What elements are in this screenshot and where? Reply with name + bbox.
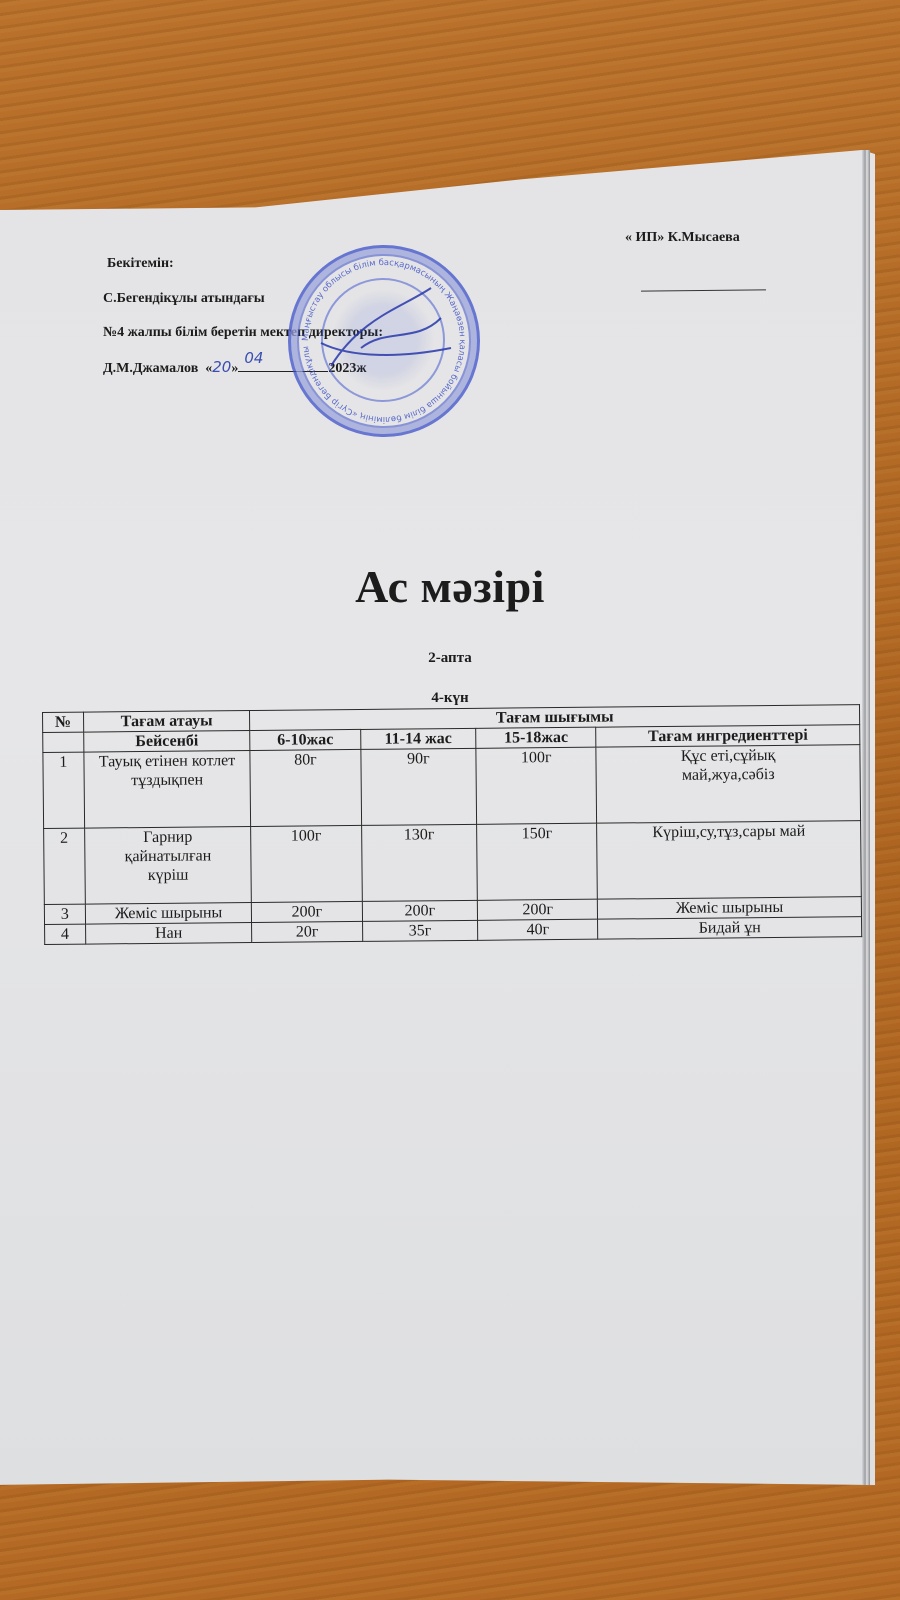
menu-table-wrap: № Тағам атауы Тағам шығымы Бейсенбі 6-10… — [42, 704, 864, 945]
row-age1: 20г — [252, 921, 362, 942]
row-age3: 150г — [477, 823, 598, 900]
row-no: 4 — [45, 924, 86, 944]
director-name: Д.М.Джамалов — [103, 361, 198, 376]
row-age2: 130г — [361, 824, 478, 901]
row-age3: 40г — [478, 919, 598, 940]
header-name: Тағам атауы — [83, 711, 250, 733]
row-name: Гарнир қайнатылған күріш — [84, 826, 251, 904]
row-age2: 200г — [362, 900, 478, 921]
date-month: 04 — [244, 349, 263, 367]
header-age-15-18: 15-18жас — [476, 727, 596, 748]
row-no: 2 — [44, 828, 85, 904]
week-label: 2-апта — [0, 650, 900, 667]
row-name: Тауық етінен котлет тұздықпен — [84, 751, 251, 829]
header-no: № — [43, 712, 84, 732]
header-empty — [43, 732, 84, 752]
official-stamp: Маңғыстау облысы білім басқармасының Жаң… — [288, 245, 480, 437]
row-no: 3 — [44, 904, 85, 924]
row-name: Нан — [85, 922, 252, 944]
row-age2: 35г — [362, 920, 478, 941]
approval-label: Бекітемін: — [107, 256, 174, 272]
row-age2: 90г — [360, 748, 477, 825]
header-age-6-10: 6-10жас — [250, 729, 360, 750]
row-no: 1 — [43, 752, 84, 828]
header-age-11-14: 11-14 жас — [360, 728, 476, 749]
svg-text:Маңғыстау облысы білім басқарм: Маңғыстау облысы білім басқармасының Жаң… — [291, 248, 467, 424]
table-row: 2 Гарнир қайнатылған күріш 100г 130г 150… — [44, 821, 862, 905]
date-day: 20 — [212, 358, 231, 376]
header-weekday: Бейсенбі — [83, 731, 250, 753]
row-ingredients: Құс еті,сұйық май,жуа,сәбіз — [596, 745, 860, 824]
row-ingredients: Жеміс шырыны — [598, 897, 862, 920]
row-age3: 100г — [476, 747, 597, 824]
page-title: Ас мәзірі — [0, 560, 900, 613]
row-ingredients: Бидай ұн — [598, 917, 862, 940]
row-name: Жеміс шырыны — [85, 902, 252, 924]
header-ingredients: Тағам ингредиенттері — [596, 725, 860, 748]
row-age1: 200г — [252, 901, 362, 922]
row-age1: 100г — [251, 825, 362, 902]
school-line-1: С.Бегендікұлы атындағы — [103, 291, 265, 307]
row-age1: 80г — [250, 749, 361, 826]
paper-stack-edge — [862, 150, 870, 1485]
row-age3: 200г — [478, 899, 598, 920]
stamp-ring-text: Маңғыстау облысы білім басқармасының Жаң… — [291, 248, 477, 434]
menu-table: № Тағам атауы Тағам шығымы Бейсенбі 6-10… — [42, 704, 862, 945]
row-ingredients: Күріш,су,тұз,сары май — [597, 821, 861, 900]
supplier-label: « ИП» К.Мысаева — [625, 230, 740, 246]
table-row: 1 Тауық етінен котлет тұздықпен 80г 90г … — [43, 745, 861, 829]
